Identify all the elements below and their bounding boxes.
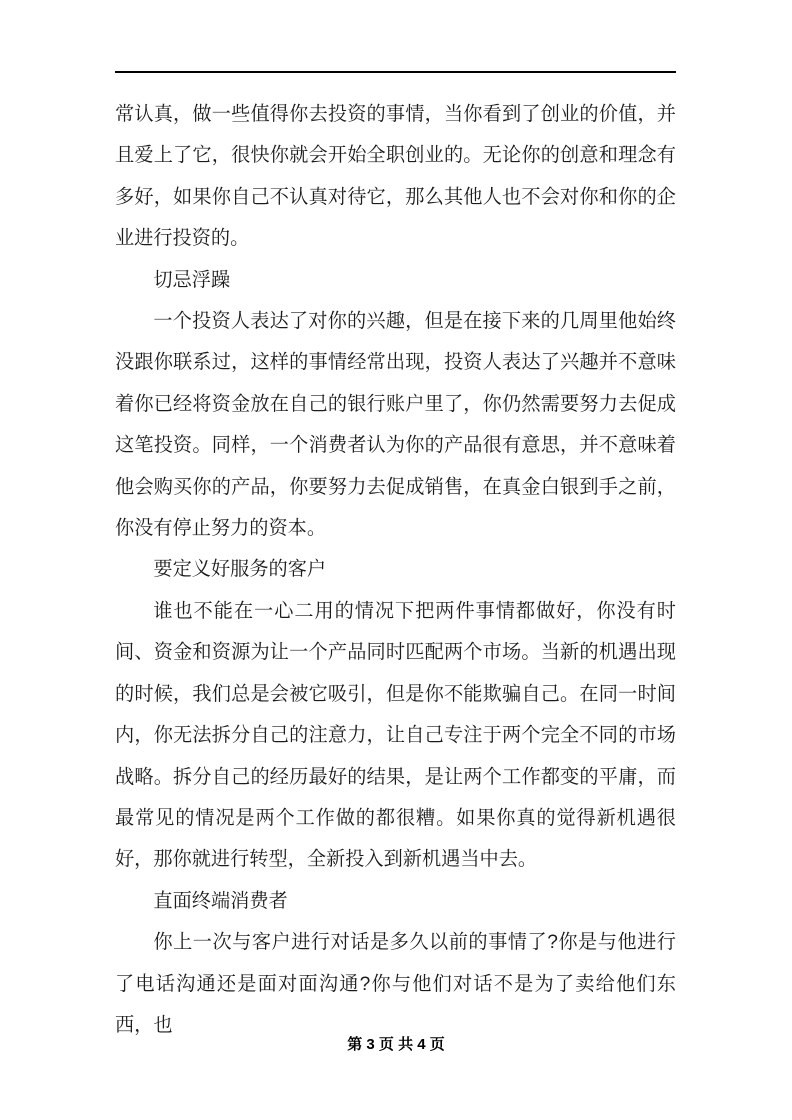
section-heading-face-consumers: 直面终端消费者 xyxy=(115,881,676,922)
paragraph: 一个投资人表达了对你的兴趣，但是在接下来的几周里他始终没跟你联系过，这样的事情经… xyxy=(115,301,676,549)
paragraph: 你上一次与客户进行对话是多久以前的事情了?你是与他进行了电话沟通还是面对面沟通?… xyxy=(115,922,676,1046)
paragraph-continuation: 常认真，做一些值得你去投资的事情，当你看到了创业的价值，并且爱上了它，很快你就会… xyxy=(115,94,676,260)
page-indicator: 第 3 页 共 4 页 xyxy=(347,1036,445,1053)
document-body: 常认真，做一些值得你去投资的事情，当你看到了创业的价值，并且爱上了它，很快你就会… xyxy=(115,94,676,1046)
section-heading-avoid-impatience: 切忌浮躁 xyxy=(115,260,676,301)
paragraph: 谁也不能在一心二用的情况下把两件事情都做好，你没有时间、资金和资源为让一个产品同… xyxy=(115,591,676,881)
header-rule xyxy=(115,71,676,73)
page-footer: 第 3 页 共 4 页 xyxy=(0,1035,792,1055)
document-page: 常认真，做一些值得你去投资的事情，当你看到了创业的价值，并且爱上了它，很快你就会… xyxy=(0,0,792,1120)
section-heading-define-customers: 要定义好服务的客户 xyxy=(115,549,676,590)
